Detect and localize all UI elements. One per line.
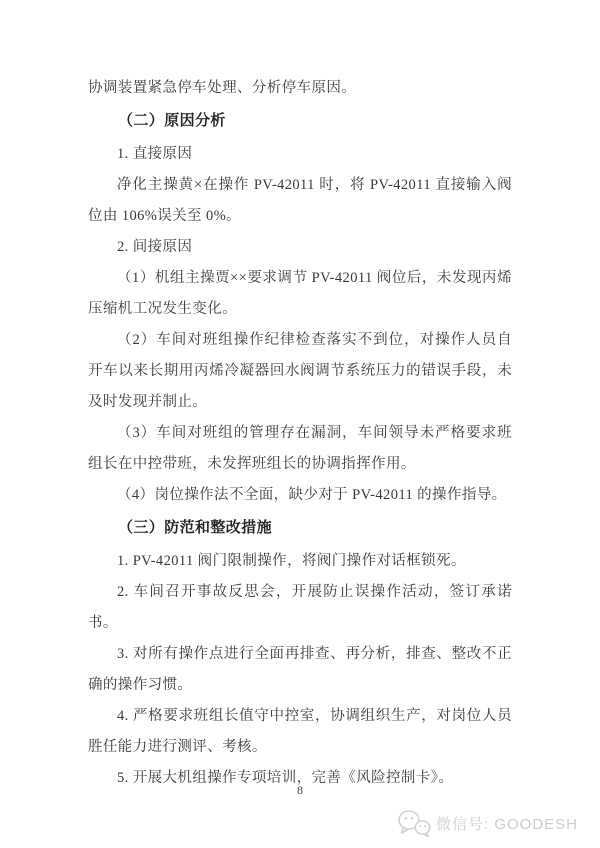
paragraph: 净化主操黄×在操作 PV-42011 时，将 PV-42011 直接输入阀位由 … (88, 170, 512, 232)
paragraph: 3. 对所有操作点进行全面再排查、再分析，排查、整改不正确的操作习惯。 (88, 639, 512, 701)
page-number: 8 (0, 783, 600, 798)
paragraph: （1）机组主操贾××要求调节 PV-42011 阀位后，未发现丙烯压缩机工况发生… (88, 263, 512, 325)
paragraph: （4）岗位操作法不全面，缺少对于 PV-42011 的操作指导。 (88, 480, 512, 511)
paragraph: 4. 严格要求班组长值守中控室，协调组织生产，对岗位人员胜任能力进行测评、考核。 (88, 701, 512, 763)
paragraph: 协调装置紧急停车处理、分析停车原因。 (88, 73, 512, 104)
document-page: 协调装置紧急停车处理、分析停车原因。（二）原因分析1. 直接原因净化主操黄×在操… (0, 0, 600, 848)
paragraph: （3）车间对班组的管理存在漏洞，车间领导未严格要求班组长在中控带班，未发挥班组长… (88, 418, 512, 480)
document-body: 协调装置紧急停车处理、分析停车原因。（二）原因分析1. 直接原因净化主操黄×在操… (88, 73, 512, 794)
paragraph: 2. 车间召开事故反思会，开展防止误操作活动，签订承诺书。 (88, 577, 512, 639)
wechat-icon (397, 809, 431, 838)
section-heading: （三）防范和整改措施 (88, 513, 512, 544)
paragraph: 1. 直接原因 (88, 139, 512, 170)
paragraph: 2. 间接原因 (88, 232, 512, 263)
paragraph: （2）车间对班组操作纪律检查落实不到位，对操作人员自开车以来长期用丙烯冷凝器回水… (88, 325, 512, 418)
section-heading: （二）原因分析 (88, 106, 512, 137)
watermark-text: 微信号: GOODESH (436, 813, 578, 834)
watermark: 微信号: GOODESH (397, 809, 578, 838)
paragraph: 1. PV-42011 阀门限制操作，将阀门操作对话框锁死。 (88, 546, 512, 577)
